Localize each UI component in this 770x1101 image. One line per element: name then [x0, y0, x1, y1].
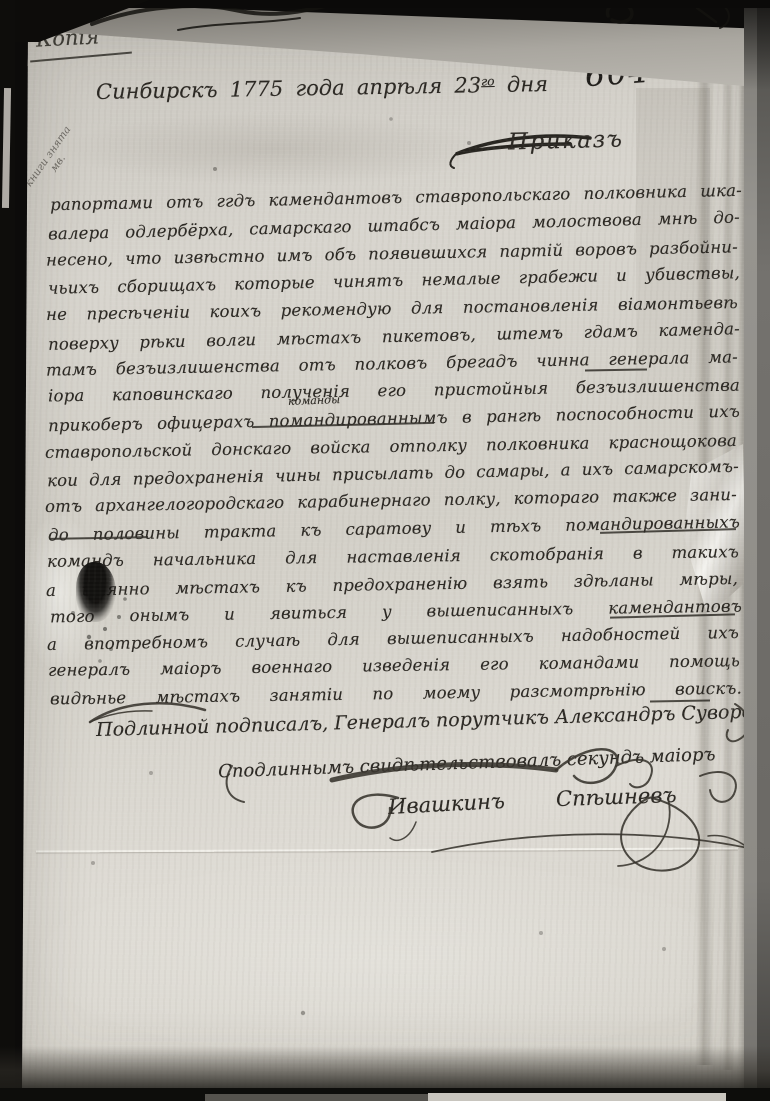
- corner-shadow: [744, 0, 770, 90]
- archival-document-photo: Копія 15 27 604 книги знята мв. Синбирск…: [0, 0, 770, 1101]
- page-vignette: [0, 0, 770, 1101]
- book-edge-strip-dark: [757, 0, 770, 1101]
- table-edge-light: [428, 1093, 726, 1101]
- book-edge-strip: [744, 0, 758, 1101]
- table-edge-mid: [205, 1094, 428, 1101]
- document-page: Копія 15 27 604 книги знята мв. Синбирск…: [0, 0, 770, 1101]
